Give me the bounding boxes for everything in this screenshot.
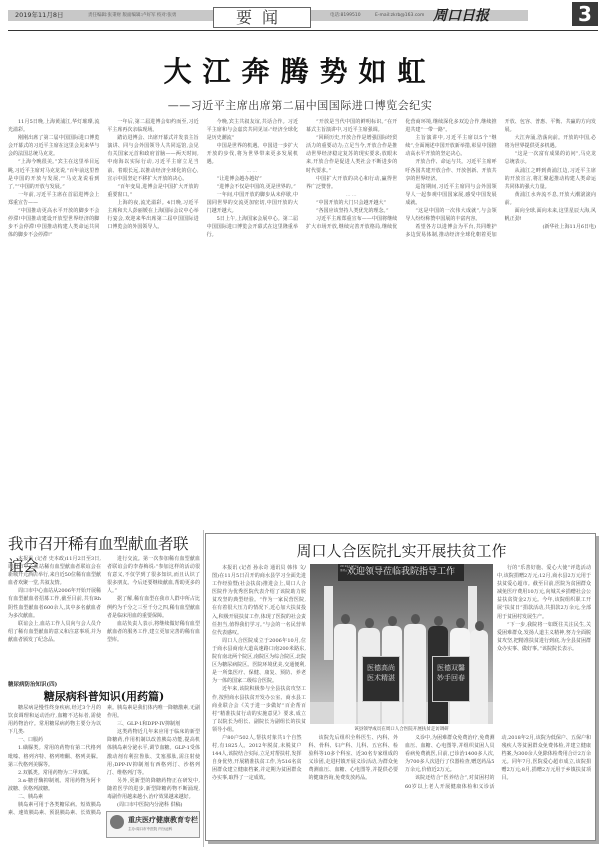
- paragraph: “这是中国的一次伟大成就”,与会领导人纷纷称赞中国展的丰富内容。: [405, 207, 496, 223]
- person-head: [475, 621, 484, 631]
- paragraph: “回顾历史,开放合作是增强国际经贸活力的重要动力;立足当今,开放合作是推动世界经…: [306, 134, 397, 174]
- person-head: [341, 614, 350, 624]
- health-column-ad: 重庆医疗健康教育专栏 主办:周口市中医院 内分泌科: [106, 811, 200, 838]
- paragraph: 主旨演讲中,习近平主席以5个“继续”,全面阐述中国开放新举措,彰显中国推动高水平…: [405, 134, 496, 158]
- hospital-headline: 周口人合医院扎实开展扶贫工作: [206, 540, 597, 561]
- paragraph: 一年间,中国开放的脚步从未停歇,中国同世界的交流更加密切,中国开放的大门越开越大…: [207, 191, 298, 215]
- person-head: [456, 618, 465, 628]
- paragraph: “让进博会越办越好”: [207, 175, 298, 183]
- person-figure: [334, 624, 356, 724]
- ad-subtitle: 主办:周口市中医院 内分泌科: [128, 827, 172, 832]
- paragraph: 中国扩大开放的决心和行动,赢得世界广泛赞誉。: [306, 175, 397, 191]
- pennant-right: 医德双馨 妙手回春: [432, 656, 470, 702]
- paragraph: 中国是世界的机遇。中国进一步扩大开放的步伐,将为世界带来更多发展机遇。: [207, 142, 298, 166]
- paragraph: 一年前,习近平主席在首届进博会上郑重宣告——: [8, 191, 99, 207]
- paragraph: 另外,更新型的降糖药物正在研发中,随着医学的进步,新型降糖药物不断涌现,毒副作用…: [107, 777, 200, 801]
- ad-title: 重庆医疗健康教育专栏: [128, 815, 198, 825]
- paragraph: 3.α-糖苷酶抑制剂。常用药物为阿卡波糖、伏格列波糖。: [8, 777, 101, 793]
- contact-phone: 电话:8199510: [330, 10, 361, 21]
- article-byline: (新华社上海11月6日电): [505, 223, 596, 231]
- section-divider: ……: [207, 167, 298, 175]
- paragraph: 从浦江之畔到黄浦江边,习近平主席的开放宣言,将汇聚起推动构建人类命运共同体的强大…: [505, 167, 596, 191]
- paragraph: 三、GLP-1和DPP-IV抑制剂: [107, 720, 200, 728]
- paragraph: 大江奔涌,浩荡向前。开放的中国,必将为世界提供更多机遇。: [505, 134, 596, 150]
- hospital-lead-body: 本报讯 (记者 孙永奇 通讯员 韩伟 文/图)在11月5日召开的商水县学习全面先…: [212, 564, 306, 734]
- paragraph: 开放合作、命运与共。习近平主席呼吁各国共建开放合作、开放创新、开放共享的世界经济…: [405, 158, 496, 182]
- lead-headline: 大江奔腾势如虹: [0, 50, 600, 90]
- paragraph: 近年来,该院积极参与全县扶贫攻坚工作,按照商水县扶贫开发办公室、商水县工商业联合…: [212, 685, 306, 734]
- paragraph: 进行交流。第一次参加稀有血型献血者联谊会的李春梅说:“参加这样的活动很有意义,不…: [107, 555, 200, 595]
- paragraph: 血站负责人表示,将继续做好稀有血型献血者的服务工作,建立更加完善的稀有血型库。: [107, 620, 200, 644]
- paragraph: 义诊中,为困难群众免费治疗,免费测血压、血糖、心电图等,并组织贫困人员看病免费就…: [405, 734, 495, 774]
- masthead-rule: [8, 30, 598, 31]
- lead-subheadline: ——习近平主席出席第二届中国国际进口博览会纪实: [0, 97, 600, 113]
- photo-caption: 该县领导成员在周口人合医院开展扶贫走访调研: [310, 726, 493, 732]
- paragraph: 刚刚出席了第二届中国国际进口博览会开幕式的习近平主席在这里会见来华与会的法国总统…: [8, 134, 99, 158]
- paragraph: 面向全球,面向未来,这里星辰大海,风帆正劲!: [505, 207, 596, 223]
- contact-email: E-mail:zkrb@163.com: [375, 10, 424, 21]
- paragraph: 据了解,稀有血型在我市人群中所占比例约为千分之三至千分之四,稀有血型献血者是临床…: [107, 595, 200, 619]
- paragraph: “各国应该坚持人类优先的理念。”: [306, 207, 397, 215]
- paragraph: 一、口服药: [8, 736, 101, 744]
- paragraph: 5日上午,上海国家会展中心。第二届中国国际进口博览会开幕式在这里隆重举行。: [207, 215, 298, 239]
- hospital-story-box: 周口人合医院扎实开展扶贫工作 本报讯 (记者 孙永奇 通讯员 韩伟 文/图)在1…: [205, 533, 596, 841]
- paragraph: 11月5日晚,上海黄浦江,华灯璀璨,流光溢彩。: [8, 118, 99, 134]
- paragraph: “开放是当代中国的鲜明标识。”在开幕式主旨演讲中,习近平主席强调。: [306, 118, 397, 134]
- lead-article-body: 11月5日晚,上海黄浦江,华灯璀璨,流光溢彩。 刚刚出席了第二届中国国际进口博览…: [8, 118, 596, 514]
- paragraph: 今晚,宾主共叙友谊,共话合作。习近平主席和与会嘉宾共同见证:“经济全球化是历史潮…: [207, 118, 298, 142]
- paragraph: 户80户502人,帮扶对象共1个自然村,有1825人。2012年脱贫,未脱贫户1…: [212, 734, 302, 783]
- paragraph: 巡馆期间,习近平主席同与会外国领导人一起参观中国国家展,感受中国发展成就。: [405, 183, 496, 207]
- person-figure: [470, 630, 488, 724]
- pennant-left: 医德高尚 医术精湛: [362, 656, 400, 702]
- paragraph: “上海今晚很美。”宾主在这里举目远眺,习近平主席对马克龙说,“百年前这里曾是中国…: [8, 158, 99, 190]
- paragraph: 本报讯 (记者 史本政)11月2日至3日,周口市中心血站稀有血型献血者联谊会在新…: [8, 555, 101, 587]
- person-head: [411, 614, 420, 624]
- paragraph: 黄浦江水奔流不息,开放大潮滚滚向前。: [505, 191, 596, 207]
- couplet-left: [324, 586, 333, 660]
- paragraph: “百年变局,进博会是中国扩大开放的重要窗口。”: [107, 183, 198, 199]
- doctor-icon: [110, 815, 124, 829]
- paragraph: “这是一次富有成果的访问”,马克龙总统表示。: [505, 150, 596, 166]
- hospital-side-body: 行的“乐善好施、爱心大使”评选活动中,该院捐赠2万元;12月,商水县2万元用于扶…: [497, 564, 591, 734]
- column-divider: [203, 530, 204, 847]
- paragraph: “中国推动更高水平开放的脚步不会停滞!中国推动建设开放型世界经济的脚步不会停滞!…: [8, 207, 99, 239]
- diabetes-kicker: 糖尿病防治知识(四): [8, 680, 57, 688]
- section-label: 要闻: [213, 7, 311, 28]
- paragraph: 一年后,第二届进博会如约而至,习近平主席再次亲临现场。: [107, 118, 198, 134]
- editors-credit: 责任编辑:张秉财 版面编辑:卢好军 校对:张勇: [88, 10, 176, 21]
- paragraph: “下一步,我院将一如既往关注民生,关爱困难群众,发扬人道主义精神,努力全面脱贫攻…: [497, 621, 591, 653]
- section-divider: ……: [306, 191, 397, 199]
- hospital-bottom-body: 户80户502人,帮扶对象共1个自然村,有1825人。2012年脱贫,未脱贫户1…: [212, 734, 591, 836]
- led-display: 2019年11月5日 星期五: [340, 565, 360, 572]
- masthead: 2019年11月8日 责任编辑:张秉财 版面编辑:卢好军 校对:张勇 要闻 电话…: [0, 0, 600, 42]
- paragraph: 这类药物近几年来应用于临床的新型降糖药,作用机制以改善胰岛功能,提高机体胰岛素分…: [107, 728, 200, 777]
- paragraph: 1.磺脲类。常用的药物有第二代格列吡嗪、格列齐特、格列喹酮、格列美脲。第三代格列…: [8, 744, 101, 768]
- paragraph: 周口人合医院成立于2006年10月,位于商水县商南大道高速路口南200米路东,院…: [212, 637, 306, 686]
- hospital-group-photo: 欢迎领导莅临我院指导工作 2019年11月5日 星期五 医德高尚 医术精湛 医德…: [310, 564, 493, 724]
- newspaper-logo: 周口日报: [433, 5, 489, 25]
- person-head: [434, 616, 443, 626]
- blood-donor-body: 本报讯 (记者 史本政)11月2日至3日,周口市中心血站稀有血型献血者联谊会在新…: [8, 555, 200, 673]
- paragraph: 踏访进博会、出席开幕式并发表主旨演讲、同与会外国领导人共同巡馆,会见有关国家元首…: [107, 134, 198, 183]
- paragraph: 联谊会上,血站工作人员向与会人员介绍了稀有血型献血的意义和注意事项,并为献血者颁…: [8, 620, 101, 644]
- paragraph: “进博会不仅是中国的,更是世界的。”: [207, 183, 298, 191]
- paragraph: 本报讯 (记者 孙永奇 通讯员 韩伟 文/图)在11月5日召开的商水县学习全面先…: [212, 564, 306, 637]
- page-number: 3: [572, 2, 598, 26]
- issue-date: 2019年11月8日: [15, 10, 63, 21]
- paragraph: “中国开放的大门只会越开越大”: [306, 199, 397, 207]
- paragraph: 上海的夜,流光溢彩。4日晚,习近平主席和夫人彭丽媛在上海国际会议中心举行宴会,欢…: [107, 199, 198, 231]
- person-head: [365, 618, 374, 628]
- diabetes-headline: 糖尿病科普知识(用药篇): [8, 688, 200, 704]
- paragraph: 2.双胍类。常用药物为二甲双胍。: [8, 769, 101, 777]
- paragraph: 糖尿病是慢性终身疾病,经过3个月的饮食调理和运动治疗,血糖不达标者,需使用药物治…: [8, 704, 101, 736]
- paragraph: 周口市中心血站从2006年开始开展稀有血型献血者招募工作,截至目前,共有Rh阴性…: [8, 587, 101, 619]
- paragraph: 行的“乐善好施、爱心大使”评选活动中,该院捐赠2万元;12月,商水县2万元用于扶…: [497, 564, 591, 621]
- article-byline: (周口市中医院内分泌科 供稿): [107, 801, 200, 809]
- paragraph: 二、胰岛素: [8, 793, 101, 801]
- person-head: [388, 616, 397, 626]
- person-figure: [404, 624, 426, 724]
- paragraph: 该院先后组织全科医生、内科、外科、骨科、妇产科、儿科、五官科、检验科等10多个科…: [309, 734, 399, 783]
